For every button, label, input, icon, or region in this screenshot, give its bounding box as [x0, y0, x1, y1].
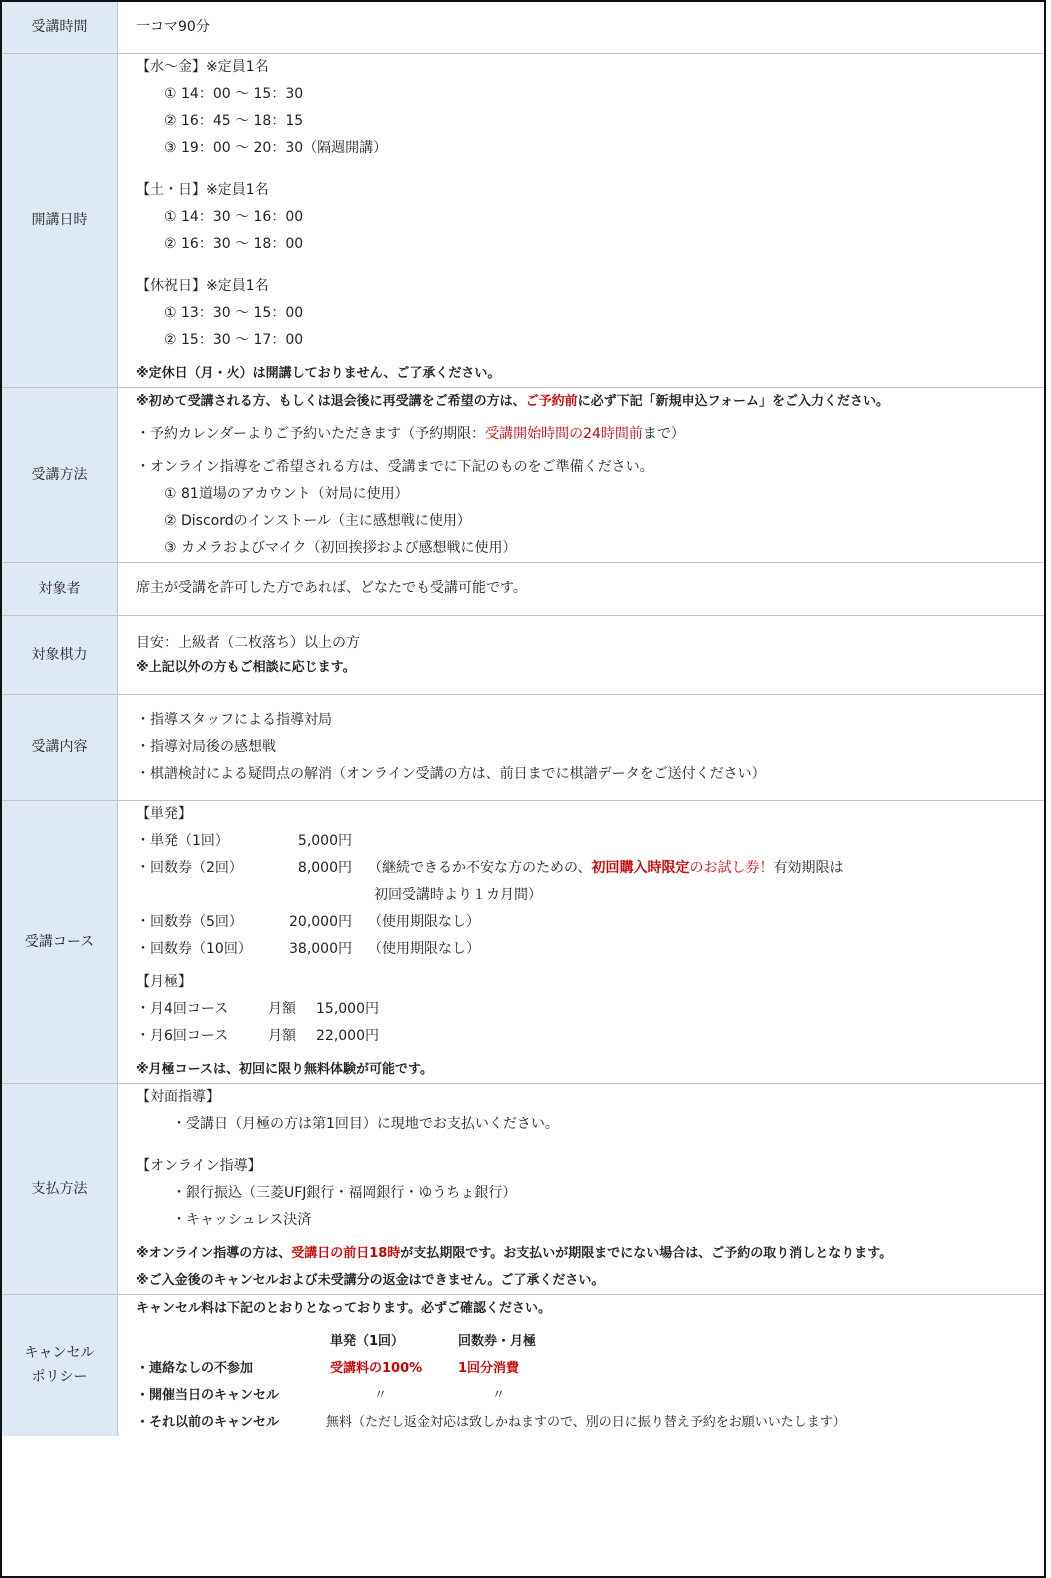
cancel-free-note: 無料（ただし返金対応は致しかねますので、別の日に振り替え予約をお願いいたします） [326, 1409, 846, 1436]
course-price: 20,000円 [272, 909, 352, 936]
reservation-deadline: 受講開始時間の24時間前 [485, 426, 643, 442]
schedule-slot: ① 14：00 ～ 15：30 [136, 81, 1044, 108]
course-info-table: 受講時間 一コマ90分 開講日時 【水～金】※定員1名 ① 14：00 ～ 15… [2, 2, 1044, 1436]
course-price: 8,000円 [272, 855, 352, 882]
row-label: 受講時間 [2, 2, 118, 53]
highlight-before-reservation: ご予約前 [526, 394, 578, 409]
level-guide: 目安：上級者（二枚落ち）以上の方 [136, 630, 1044, 657]
no-refund-note: ※ご入金後のキャンセルおよび未受講分の返金はできません。ご了承ください。 [136, 1267, 1044, 1294]
row-target: 対象者 席主が受講を許可した方であれば、どなたでも受講可能です。 [2, 562, 1044, 615]
monthly-price: 22,000円 [316, 1023, 379, 1050]
cancel-row-earlier: ・それ以前のキャンセル 無料（ただし返金対応は致しかねますので、別の日に振り替え… [136, 1409, 1044, 1436]
cancel-fee-ticket: 1回分消費 [458, 1355, 1044, 1382]
col-header-single: 単発（1回） [326, 1328, 458, 1355]
schedule-group-title: 【土・日】※定員1名 [136, 177, 1044, 204]
course-item: ・回数券（2回） 8,000円 （継続できるか不安な方のための、初回購入時限定の… [136, 855, 1044, 882]
online-payment-item: ・キャッシュレス決済 [136, 1207, 1044, 1234]
schedule-slot: ① 14：30 ～ 16：00 [136, 204, 1044, 231]
row-label: 開講日時 [2, 53, 118, 387]
row-value: ※初めて受講される方、もしくは退会後に再受講をご希望の方は、ご予約前に必ず下記「… [118, 387, 1045, 562]
row-value: 目安：上級者（二枚落ち）以上の方 ※上記以外の方もご相談に応じます。 [118, 615, 1045, 694]
online-requirement: ① 81道場のアカウント（対局に使用） [136, 481, 1044, 508]
schedule-group-title: 【休祝日】※定員1名 [136, 273, 1044, 300]
closed-days-note: ※定休日（月・火）は開講しておりません、ご了承ください。 [136, 360, 1044, 387]
row-lesson-time: 受講時間 一コマ90分 [2, 2, 1044, 53]
course-item: ・回数券（10回） 38,000円 （使用期限なし） [136, 936, 1044, 963]
schedule-slot: ② 16：30 ～ 18：00 [136, 231, 1044, 258]
content-item: ・指導スタッフによる指導対局 [136, 707, 1044, 734]
row-label: 受講コース [2, 800, 118, 1083]
monthly-item: ・月4回コース 月額 15,000円 [136, 996, 1044, 1023]
course-price: 5,000円 [272, 828, 352, 855]
online-intro: ・オンライン指導をご希望される方は、受講までに下記のものをご準備ください。 [136, 454, 1044, 481]
monthly-price: 15,000円 [316, 996, 379, 1023]
course-item: ・単発（1回） 5,000円 [136, 828, 1044, 855]
trial-ticket-note: （継続できるか不安な方のための、初回購入時限定のお試し券！有効期限は [352, 855, 843, 882]
row-level: 対象棋力 目安：上級者（二枚落ち）以上の方 ※上記以外の方もご相談に応じます。 [2, 615, 1044, 694]
row-course: 受講コース 【単発】 ・単発（1回） 5,000円 ・回数券（2回） 8,000… [2, 800, 1044, 1083]
monthly-trial-note: ※月極コースは、初回に限り無料体験が可能です。 [136, 1056, 1044, 1083]
content-item: ・棋譜検討による疑問点の解消（オンライン受講の方は、前日までに棋譜データをご送付… [136, 761, 1044, 788]
row-label: 支払方法 [2, 1083, 118, 1294]
online-title: 【オンライン指導】 [136, 1153, 1044, 1180]
course-price: 38,000円 [272, 936, 352, 963]
row-payment: 支払方法 【対面指導】 ・受講日（月極の方は第1回目）に現地でお支払いください。… [2, 1083, 1044, 1294]
row-label: 受講内容 [2, 694, 118, 800]
single-title: 【単発】 [136, 801, 1044, 828]
cancel-intro: キャンセル料は下記のとおりとなっております。必ずご確認ください。 [136, 1295, 1044, 1322]
cancel-case: ・連絡なしの不参加 [136, 1355, 326, 1382]
online-requirement: ③ カメラおよびマイク（初回挨拶および感想戦に使用） [136, 535, 1044, 562]
online-requirement: ② Discordのインストール（主に感想戦に使用） [136, 508, 1044, 535]
row-cancel-policy: キャンセル ポリシー キャンセル料は下記のとおりとなっております。必ずご確認くだ… [2, 1294, 1044, 1436]
cancel-fee-table: 単発（1回） 回数券・月極 ・連絡なしの不参加 受講料の100% 1回分消費 ・… [136, 1328, 1044, 1409]
level-note: ※上記以外の方もご相談に応じます。 [136, 657, 1044, 679]
row-value: 一コマ90分 [118, 2, 1045, 53]
schedule-slot: ③ 19：00 ～ 20：30（隔週開講） [136, 135, 1044, 162]
row-label: 受講方法 [2, 387, 118, 562]
cancel-fee-ticket: 〃 [458, 1382, 1044, 1409]
reservation-info: ・予約カレンダーよりご予約いただきます（予約期限：受講開始時間の24時間前まで） [136, 421, 1044, 448]
schedule-slot: ① 13：30 ～ 15：00 [136, 300, 1044, 327]
cancel-case: ・それ以前のキャンセル [136, 1409, 326, 1436]
cancel-fee-single: 〃 [326, 1382, 458, 1409]
col-header-ticket: 回数券・月極 [458, 1328, 1044, 1355]
row-value: 【対面指導】 ・受講日（月極の方は第1回目）に現地でお支払いください。 【オンラ… [118, 1083, 1045, 1294]
row-value: キャンセル料は下記のとおりとなっております。必ずご確認ください。 単発（1回） … [118, 1294, 1045, 1436]
new-student-notice: ※初めて受講される方、もしくは退会後に再受講をご希望の方は、ご予約前に必ず下記「… [136, 388, 1044, 415]
inperson-item: ・受講日（月極の方は第1回目）に現地でお支払いください。 [136, 1111, 1044, 1138]
row-value: 【水～金】※定員1名 ① 14：00 ～ 15：30 ② 16：45 ～ 18：… [118, 53, 1045, 387]
cancel-case: ・開催当日のキャンセル [136, 1382, 326, 1409]
monthly-item: ・月6回コース 月額 22,000円 [136, 1023, 1044, 1050]
online-payment-item: ・銀行振込（三菱UFJ銀行・福岡銀行・ゆうちょ銀行） [136, 1180, 1044, 1207]
course-item: ・回数券（5回） 20,000円 （使用期限なし） [136, 909, 1044, 936]
cancel-fee-single: 受講料の100% [326, 1355, 458, 1382]
row-label: 対象棋力 [2, 615, 118, 694]
inperson-title: 【対面指導】 [136, 1084, 1044, 1111]
content-item: ・指導対局後の感想戦 [136, 734, 1044, 761]
row-value: 【単発】 ・単発（1回） 5,000円 ・回数券（2回） 8,000円 （継続で… [118, 800, 1045, 1083]
row-method: 受講方法 ※初めて受講される方、もしくは退会後に再受講をご希望の方は、ご予約前に… [2, 387, 1044, 562]
schedule-slot: ② 16：45 ～ 18：15 [136, 108, 1044, 135]
row-label: 対象者 [2, 562, 118, 615]
row-schedule: 開講日時 【水～金】※定員1名 ① 14：00 ～ 15：30 ② 16：45 … [2, 53, 1044, 387]
row-value: 席主が受講を許可した方であれば、どなたでも受講可能です。 [118, 562, 1045, 615]
info-table-frame: 受講時間 一コマ90分 開講日時 【水～金】※定員1名 ① 14：00 ～ 15… [0, 0, 1046, 1578]
payment-deadline-note: ※オンライン指導の方は、受講日の前日18時が支払期限です。お支払いが期限までにな… [136, 1240, 1044, 1267]
trial-ticket-note-line2: 初回受講時より１カ月間） [374, 882, 542, 909]
monthly-title: 【月極】 [136, 969, 1044, 996]
schedule-slot: ② 15：30 ～ 17：00 [136, 327, 1044, 354]
row-label: キャンセル ポリシー [2, 1294, 118, 1436]
schedule-group-title: 【水～金】※定員1名 [136, 54, 1044, 81]
row-content: 受講内容 ・指導スタッフによる指導対局 ・指導対局後の感想戦 ・棋譜検討による疑… [2, 694, 1044, 800]
row-value: ・指導スタッフによる指導対局 ・指導対局後の感想戦 ・棋譜検討による疑問点の解消… [118, 694, 1045, 800]
